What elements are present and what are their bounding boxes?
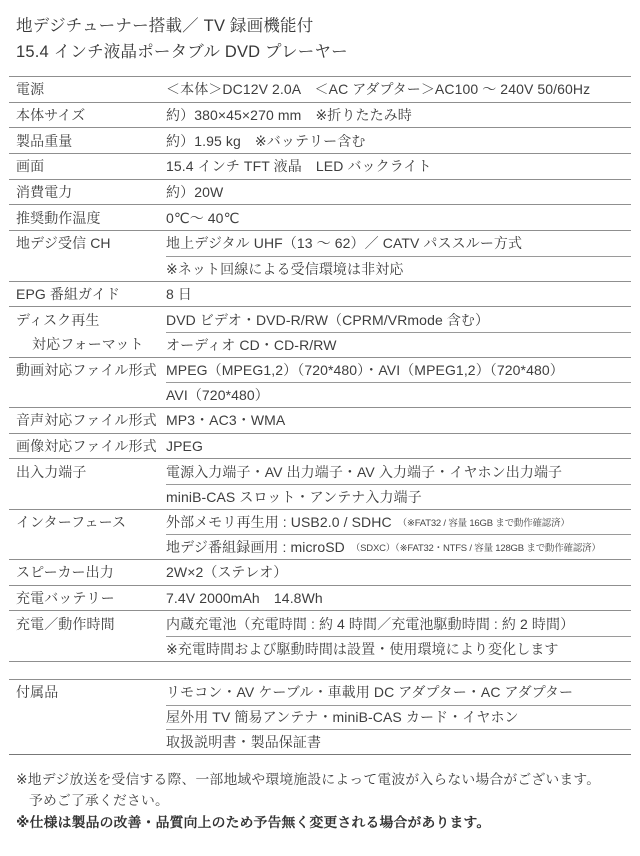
spec-value-text: 約）380×45×270 mm ※折りたたみ時 — [166, 105, 412, 125]
note-reception: ※地デジ放送を受信する際、一部地域や環境施設によって電波が入らない場合がございま… — [16, 769, 624, 791]
spec-table: 電源 ＜本体＞DC12V 2.0A ＜AC アダプター＞AC100 ～ 240V… — [9, 76, 631, 662]
spec-row-disc-formats: ディスク再生 対応フォーマット DVD ビデオ・DVD-R/RW（CPRM/VR… — [9, 307, 631, 357]
spec-label-text: 充電バッテリー — [16, 586, 166, 611]
spec-row-power-consumption: 消費電力 約）20W — [9, 180, 631, 206]
spec-value-text: AVI（720*480） — [166, 385, 269, 405]
spec-value-text: 外部メモリ再生用 : USB2.0 / SDHC — [166, 512, 392, 532]
spec-row-epg: EPG 番組ガイド 8 日 — [9, 282, 631, 308]
spec-value-text: 8 日 — [166, 284, 192, 304]
spec-row-body-size: 本体サイズ 約）380×45×270 mm ※折りたたみ時 — [9, 103, 631, 129]
spec-value-line: DVD ビデオ・DVD-R/RW（CPRM/VRmode 含む） — [166, 307, 631, 332]
spec-value-text: 電源入力端子・AV 出力端子・AV 入力端子・イヤホン出力端子 — [166, 462, 562, 482]
spec-value-text: ※充電時間および駆動時間は設置・使用環境により変化します — [166, 639, 559, 659]
spec-row-operating-temperature: 推奨動作温度 0℃～ 40℃ — [9, 205, 631, 231]
spec-value-text: 地デジ番組録画用 : microSD — [166, 537, 345, 557]
product-header-line2: 15.4 インチ液晶ポータブル DVD プレーヤー — [16, 39, 624, 65]
accessories-table: 付属品 リモコン・AV ケーブル・車載用 DC アダプター・AC アダプター 屋… — [9, 679, 631, 755]
spec-row-io-terminals: 出入力端子 電源入力端子・AV 出力端子・AV 入力端子・イヤホン出力端子 mi… — [9, 459, 631, 509]
spec-value-text: miniB-CAS スロット・アンテナ入力端子 — [166, 487, 422, 507]
spec-value-line: MPEG（MPEG1,2）（720*480）・AVI（MPEG1,2）（720*… — [166, 358, 631, 383]
spec-label: 動画対応ファイル形式 — [9, 358, 166, 407]
spec-row-power: 電源 ＜本体＞DC12V 2.0A ＜AC アダプター＞AC100 ～ 240V… — [9, 77, 631, 103]
spec-value-line: 地デジ番組録画用 : microSD （SDXC）（※FAT32・NTFS / … — [166, 534, 631, 559]
spec-value-text: 内蔵充電池（充電時間 : 約 4 時間／充電池駆動時間 : 約 2 時間） — [166, 614, 574, 634]
spec-label-text: 充電／動作時間 — [16, 611, 166, 636]
spec-value-line: AVI（720*480） — [166, 382, 631, 407]
spec-label-text2: 対応フォーマット — [16, 332, 166, 357]
spec-label-text: 付属品 — [16, 680, 166, 705]
spec-value-line: 約）1.95 kg ※バッテリー含む — [166, 128, 631, 153]
spec-value-line: 電源入力端子・AV 出力端子・AV 入力端子・イヤホン出力端子 — [166, 459, 631, 484]
spec-label: 本体サイズ — [9, 103, 166, 128]
spec-value-text: 15.4 インチ TFT 液晶 LED バックライト — [166, 156, 432, 176]
spec-label: 付属品 — [9, 680, 166, 754]
spec-value: 電源入力端子・AV 出力端子・AV 入力端子・イヤホン出力端子 miniB-CA… — [166, 459, 631, 508]
note-spec-change: ※仕様は製品の改善・品質向上のため予告無く変更される場合があります。 — [16, 812, 624, 834]
spec-value: 内蔵充電池（充電時間 : 約 4 時間／充電池駆動時間 : 約 2 時間） ※充… — [166, 611, 631, 660]
spec-label: 消費電力 — [9, 180, 166, 205]
spec-value: 8 日 — [166, 282, 631, 307]
spec-label: 画像対応ファイル形式 — [9, 434, 166, 459]
spec-label-text: 地デジ受信 CH — [16, 231, 166, 256]
spec-value-text: 7.4V 2000mAh 14.8Wh — [166, 588, 323, 608]
spec-value-line: リモコン・AV ケーブル・車載用 DC アダプター・AC アダプター — [166, 680, 631, 705]
spec-value: 2W×2（ステレオ） — [166, 560, 631, 585]
spec-value-line: 屋外用 TV 簡易アンテナ・miniB-CAS カード・イヤホン — [166, 705, 631, 730]
spec-value-text: 屋外用 TV 簡易アンテナ・miniB-CAS カード・イヤホン — [166, 707, 519, 727]
spec-value-text: オーディオ CD・CD-R/RW — [166, 335, 337, 355]
spec-value-line: miniB-CAS スロット・アンテナ入力端子 — [166, 484, 631, 509]
spec-value: MP3・AC3・WMA — [166, 408, 631, 433]
spec-value-line: 約）20W — [166, 180, 631, 205]
spec-row-weight: 製品重量 約）1.95 kg ※バッテリー含む — [9, 128, 631, 154]
spec-row-accessories: 付属品 リモコン・AV ケーブル・車載用 DC アダプター・AC アダプター 屋… — [9, 680, 631, 755]
spec-value: MPEG（MPEG1,2）（720*480）・AVI（MPEG1,2）（720*… — [166, 358, 631, 407]
spec-value: 約）20W — [166, 180, 631, 205]
spec-value: 7.4V 2000mAh 14.8Wh — [166, 586, 631, 611]
spec-value-line: 2W×2（ステレオ） — [166, 560, 631, 585]
spec-value-text: 2W×2（ステレオ） — [166, 562, 287, 582]
spec-label: 出入力端子 — [9, 459, 166, 508]
spec-value-text: ＜本体＞DC12V 2.0A ＜AC アダプター＞AC100 ～ 240V 50… — [166, 79, 590, 99]
note-reception-continuation: 予めご了承ください。 — [16, 790, 624, 812]
spec-value-line: 地上デジタル UHF（13 ～ 62）／ CATV パススルー方式 — [166, 231, 631, 256]
spec-value-line: ※充電時間および駆動時間は設置・使用環境により変化します — [166, 636, 631, 661]
spec-value: DVD ビデオ・DVD-R/RW（CPRM/VRmode 含む） オーディオ C… — [166, 307, 631, 356]
spec-value-text: 約）1.95 kg ※バッテリー含む — [166, 131, 365, 151]
spec-value: リモコン・AV ケーブル・車載用 DC アダプター・AC アダプター 屋外用 T… — [166, 680, 631, 754]
spec-row-speaker-output: スピーカー出力 2W×2（ステレオ） — [9, 560, 631, 586]
spec-value-line: JPEG — [166, 434, 631, 459]
spec-value-text: 約）20W — [166, 182, 223, 202]
spec-value-line: ＜本体＞DC12V 2.0A ＜AC アダプター＞AC100 ～ 240V 50… — [166, 77, 631, 102]
spec-value-text: MPEG（MPEG1,2）（720*480）・AVI（MPEG1,2）（720*… — [166, 360, 564, 380]
spec-label-text: EPG 番組ガイド — [16, 282, 166, 307]
spec-value-line: 15.4 インチ TFT 液晶 LED バックライト — [166, 154, 631, 179]
spec-value-line: 取扱説明書・製品保証書 — [166, 729, 631, 754]
spec-label-text: スピーカー出力 — [16, 560, 166, 585]
spec-label: 画面 — [9, 154, 166, 179]
spec-label: 地デジ受信 CH — [9, 231, 166, 280]
spec-label: 充電／動作時間 — [9, 611, 166, 660]
spec-label-text: 本体サイズ — [16, 103, 166, 128]
spec-value: JPEG — [166, 434, 631, 459]
spec-value-text: リモコン・AV ケーブル・車載用 DC アダプター・AC アダプター — [166, 682, 573, 702]
spec-value-note: （※FAT32 / 容量 16GB まで動作確認済） — [398, 515, 570, 529]
spec-label: EPG 番組ガイド — [9, 282, 166, 307]
spec-label: 製品重量 — [9, 128, 166, 153]
spec-label-text: 消費電力 — [16, 180, 166, 205]
product-header-line1: 地デジチューナー搭載／ TV 録画機能付 — [16, 13, 624, 39]
spec-label: インターフェース — [9, 510, 166, 559]
spec-value: 約）380×45×270 mm ※折りたたみ時 — [166, 103, 631, 128]
spec-value-text: 取扱説明書・製品保証書 — [166, 732, 321, 752]
spec-value: 外部メモリ再生用 : USB2.0 / SDHC （※FAT32 / 容量 16… — [166, 510, 631, 559]
spec-value-line: 0℃～ 40℃ — [166, 205, 631, 230]
spec-value-note: （SDXC）（※FAT32・NTFS / 容量 128GB まで動作確認済） — [351, 540, 601, 554]
spec-label-text: 推奨動作温度 — [16, 205, 166, 230]
spec-value-line: 約）380×45×270 mm ※折りたたみ時 — [166, 103, 631, 128]
spec-row-video-file-formats: 動画対応ファイル形式 MPEG（MPEG1,2）（720*480）・AVI（MP… — [9, 358, 631, 408]
spec-value-line: オーディオ CD・CD-R/RW — [166, 332, 631, 357]
spec-value-line: 外部メモリ再生用 : USB2.0 / SDHC （※FAT32 / 容量 16… — [166, 510, 631, 535]
spec-value: 約）1.95 kg ※バッテリー含む — [166, 128, 631, 153]
spec-value-line: ※ネット回線による受信環境は非対応 — [166, 256, 631, 281]
spec-row-tv-reception-channels: 地デジ受信 CH 地上デジタル UHF（13 ～ 62）／ CATV パススルー… — [9, 231, 631, 281]
spec-value-text: 0℃～ 40℃ — [166, 208, 239, 228]
spec-value-text: MP3・AC3・WMA — [166, 410, 285, 430]
spec-value-text: DVD ビデオ・DVD-R/RW（CPRM/VRmode 含む） — [166, 310, 489, 330]
spec-label: ディスク再生 対応フォーマット — [9, 307, 166, 356]
spec-label-text: 出入力端子 — [16, 459, 166, 484]
spec-value: 地上デジタル UHF（13 ～ 62）／ CATV パススルー方式 ※ネット回線… — [166, 231, 631, 280]
spec-value-text: 地上デジタル UHF（13 ～ 62）／ CATV パススルー方式 — [166, 233, 522, 253]
spec-label-text: 製品重量 — [16, 128, 166, 153]
spec-label: 音声対応ファイル形式 — [9, 408, 166, 433]
spec-row-image-file-formats: 画像対応ファイル形式 JPEG — [9, 434, 631, 460]
spec-row-audio-file-formats: 音声対応ファイル形式 MP3・AC3・WMA — [9, 408, 631, 434]
spec-value-text: JPEG — [166, 438, 203, 454]
spec-row-charge-operating-time: 充電／動作時間 内蔵充電池（充電時間 : 約 4 時間／充電池駆動時間 : 約 … — [9, 611, 631, 661]
spec-value-text: ※ネット回線による受信環境は非対応 — [166, 259, 403, 279]
spec-label: 充電バッテリー — [9, 586, 166, 611]
spec-label-text: 電源 — [16, 77, 166, 102]
footer-notes: ※地デジ放送を受信する際、一部地域や環境施設によって電波が入らない場合がございま… — [16, 769, 624, 834]
spec-row-interface: インターフェース 外部メモリ再生用 : USB2.0 / SDHC （※FAT3… — [9, 510, 631, 560]
spec-value-line: 内蔵充電池（充電時間 : 約 4 時間／充電池駆動時間 : 約 2 時間） — [166, 611, 631, 636]
spec-value-line: 7.4V 2000mAh 14.8Wh — [166, 586, 631, 611]
spec-value-line: MP3・AC3・WMA — [166, 408, 631, 433]
spec-value-line: 8 日 — [166, 282, 631, 307]
spec-label: 推奨動作温度 — [9, 205, 166, 230]
spec-row-battery: 充電バッテリー 7.4V 2000mAh 14.8Wh — [9, 586, 631, 612]
spec-value: ＜本体＞DC12V 2.0A ＜AC アダプター＞AC100 ～ 240V 50… — [166, 77, 631, 102]
spec-label-text: 動画対応ファイル形式 — [16, 358, 166, 383]
spec-label: 電源 — [9, 77, 166, 102]
product-header: 地デジチューナー搭載／ TV 録画機能付 15.4 インチ液晶ポータブル DVD… — [16, 13, 624, 65]
spec-label-text: 画像対応ファイル形式 — [16, 434, 166, 459]
spec-label-text: 画面 — [16, 154, 166, 179]
spec-label-text: インターフェース — [16, 510, 166, 535]
spec-label: スピーカー出力 — [9, 560, 166, 585]
spec-label-text: ディスク再生 — [16, 307, 166, 332]
spec-value: 0℃～ 40℃ — [166, 205, 631, 230]
spec-row-screen: 画面 15.4 インチ TFT 液晶 LED バックライト — [9, 154, 631, 180]
spec-value: 15.4 インチ TFT 液晶 LED バックライト — [166, 154, 631, 179]
spec-label-text: 音声対応ファイル形式 — [16, 408, 166, 433]
